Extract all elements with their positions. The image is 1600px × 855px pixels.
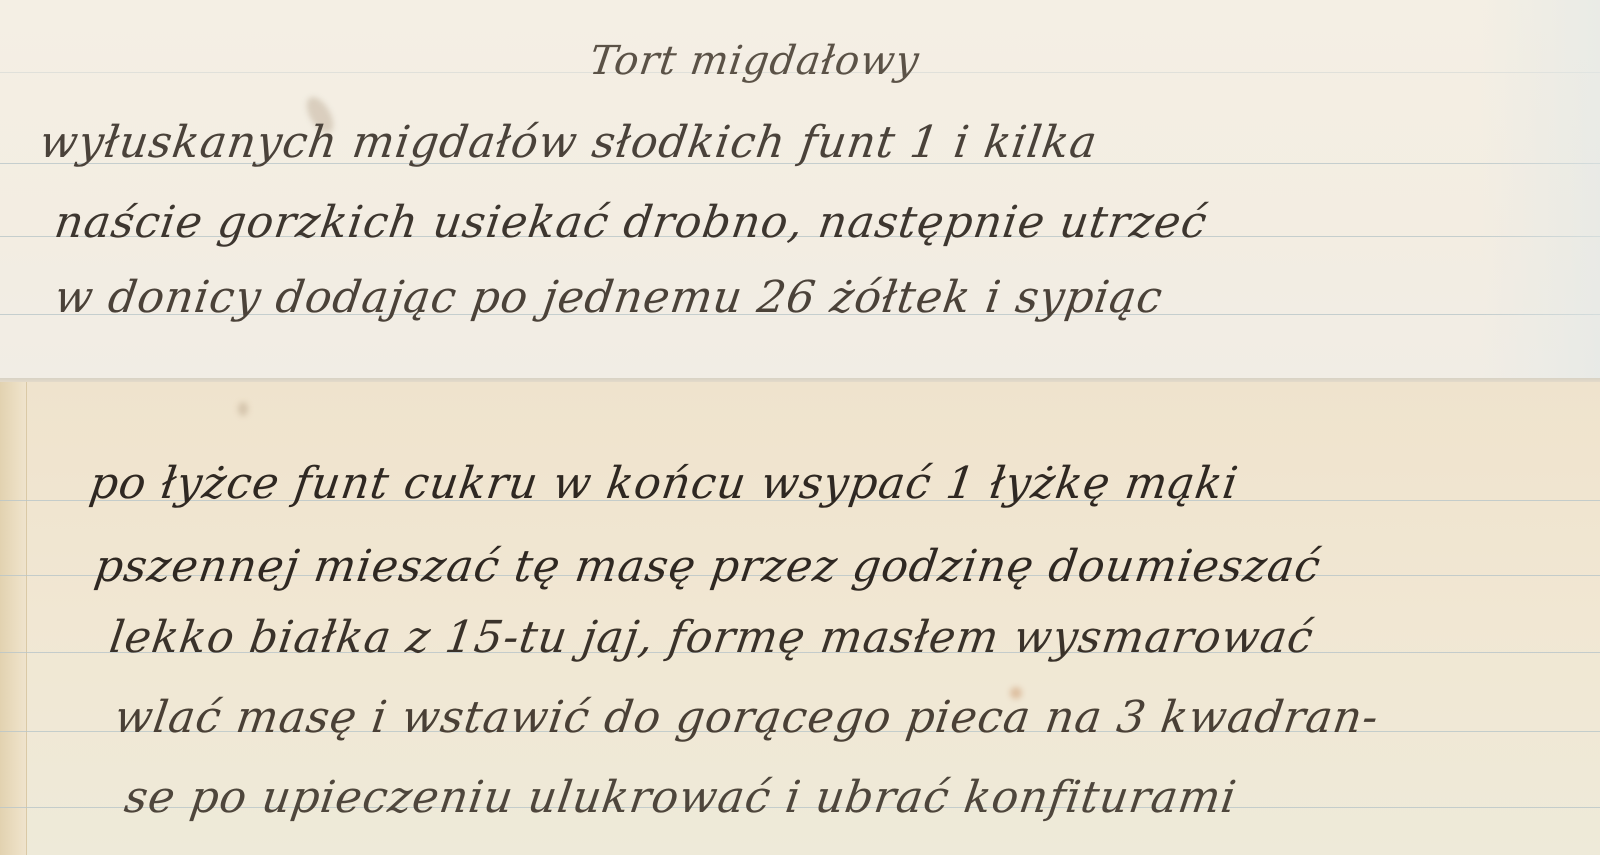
text-line: lekko białka z 15-tu jaj, formę masłem w… [106,612,1316,663]
text-line: wlać masę i wstawić do gorącego pieca na… [111,692,1382,743]
recipe-title: Tort migdałowy [587,38,923,84]
text-line: w donicy dodając po jednemu 26 żółtek i … [51,272,1166,323]
text-line: se po upieczeniu ulukrować i ubrać konfi… [121,772,1239,823]
text-line: pszennej mieszać tę masę przez godzinę d… [91,541,1324,592]
text-line: naście gorzkich usiekać drobno, następni… [51,197,1210,248]
text-line: wyłuskanych migdałów słodkich funt 1 i k… [36,117,1100,168]
top-paper-fragment: Tort migdałowy wyłuskanych migdałów słod… [0,0,1600,380]
ink-stain [238,402,248,416]
bottom-paper-fragment: po łyżce funt cukru w końcu wsypać 1 łyż… [0,382,1600,855]
text-line: po łyżce funt cukru w końcu wsypać 1 łyż… [86,458,1241,509]
handwritten-recipe-scan: Tort migdałowy wyłuskanych migdałów słod… [0,0,1600,855]
